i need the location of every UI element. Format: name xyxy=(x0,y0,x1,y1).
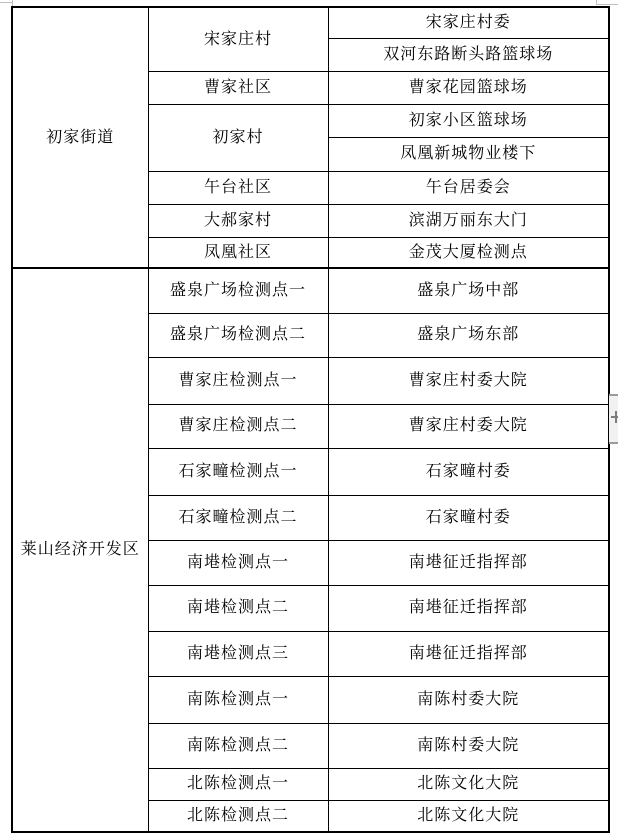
table-row: 莱山经济开发区 盛泉广场检测点一 盛泉广场中部 xyxy=(12,268,609,313)
site-cell: 午台社区 xyxy=(148,171,328,204)
location-cell: 南陈村委大院 xyxy=(328,676,609,723)
gridline-fragment-top-right-horizontal xyxy=(596,4,618,5)
location-cell: 曹家庄村委大院 xyxy=(328,357,609,404)
location-cell: 南塂征迁指挥部 xyxy=(328,631,609,676)
site-cell: 南塂检测点三 xyxy=(148,631,328,676)
location-cell: 南陈村委大院 xyxy=(328,723,609,768)
site-cell: 大郝家村 xyxy=(148,204,328,237)
location-cell: 双河东路断头路篮球场 xyxy=(328,38,609,71)
location-cell: 初家小区篮球场 xyxy=(328,104,609,137)
location-cell: 宋家庄村委 xyxy=(328,7,609,38)
location-cell: 石家疃村委 xyxy=(328,495,609,540)
site-cell: 石家疃检测点一 xyxy=(148,448,328,495)
site-cell: 初家村 xyxy=(148,104,328,171)
location-cell: 金茂大厦检测点 xyxy=(328,237,609,268)
location-cell: 南塂征迁指挥部 xyxy=(328,540,609,585)
site-cell: 南塂检测点二 xyxy=(148,585,328,631)
location-cell: 石家疃村委 xyxy=(328,448,609,495)
location-cell: 曹家花园篮球场 xyxy=(328,71,609,104)
location-cell: 盛泉广场东部 xyxy=(328,313,609,357)
site-cell: 盛泉广场检测点二 xyxy=(148,313,328,357)
location-cell: 凤凰新城物业楼下 xyxy=(328,137,609,171)
site-cell: 北陈检测点二 xyxy=(148,800,328,832)
location-cell: 滨湖万丽东大门 xyxy=(328,204,609,237)
district-cell: 莱山经济开发区 xyxy=(12,268,148,832)
scrollbar-handle[interactable] xyxy=(609,394,618,444)
site-cell: 曹家庄检测点一 xyxy=(148,357,328,404)
location-cell: 北陈文化大院 xyxy=(328,800,609,832)
site-cell: 北陈检测点一 xyxy=(148,768,328,800)
location-cell: 曹家庄村委大院 xyxy=(328,404,609,448)
location-cell: 午台居委会 xyxy=(328,171,609,204)
site-cell: 盛泉广场检测点一 xyxy=(148,268,328,313)
district-cell: 初家街道 xyxy=(12,7,148,268)
location-cell: 北陈文化大院 xyxy=(328,768,609,800)
site-cell: 南陈检测点一 xyxy=(148,676,328,723)
site-cell: 南陈检测点二 xyxy=(148,723,328,768)
site-cell: 曹家庄检测点二 xyxy=(148,404,328,448)
site-cell: 石家疃检测点二 xyxy=(148,495,328,540)
site-cell: 曹家社区 xyxy=(148,71,328,104)
site-cell: 南塂检测点一 xyxy=(148,540,328,585)
location-cell: 南塂征迁指挥部 xyxy=(328,585,609,631)
site-cell: 凤凰社区 xyxy=(148,237,328,268)
monitoring-points-table: 初家街道 宋家庄村 宋家庄村委 双河东路断头路篮球场 曹家社区 曹家花园篮球场 … xyxy=(11,6,610,833)
plus-icon xyxy=(615,411,617,423)
site-cell: 宋家庄村 xyxy=(148,7,328,71)
location-cell: 盛泉广场中部 xyxy=(328,268,609,313)
table-row: 初家街道 宋家庄村 宋家庄村委 xyxy=(12,7,609,38)
